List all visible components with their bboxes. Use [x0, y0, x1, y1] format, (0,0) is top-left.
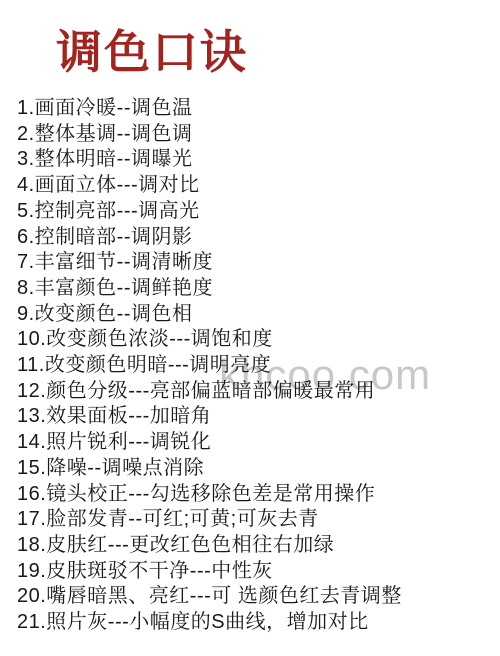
list-item: 14.照片锐利---调锐化: [17, 430, 402, 456]
list-item: 11.改变颜色明暗---调明亮度: [17, 353, 402, 379]
list-item: 2.整体基调--调色调: [17, 122, 402, 148]
list-item: 12.颜色分级---亮部偏蓝暗部偏暖最常用: [17, 379, 402, 405]
list-item: 9.改变颜色--调色相: [17, 302, 402, 328]
tips-list: 1.画面冷暖--调色温 2.整体基调--调色调 3.整体明暗--调曝光 4.画面…: [17, 96, 402, 636]
list-item: 16.镜头校正---勾选移除色差是常用操作: [17, 482, 402, 508]
list-item: 3.整体明暗--调曝光: [17, 147, 402, 173]
list-item: 10.改变颜色浓淡---调饱和度: [17, 327, 402, 353]
list-item: 1.画面冷暖--调色温: [17, 96, 402, 122]
list-item: 4.画面立体---调对比: [17, 173, 402, 199]
list-item: 20.嘴唇暗黑、亮红---可 选颜色红去青调整: [17, 584, 402, 610]
list-item: 7.丰富细节--调清晰度: [17, 250, 402, 276]
list-item: 5.控制亮部---调高光: [17, 199, 402, 225]
list-item: 13.效果面板---加暗角: [17, 404, 402, 430]
list-item: 21.照片灰---小幅度的S曲线，增加对比: [17, 610, 402, 636]
color-grading-tips-page: khcoo.com 调色口诀 1.画面冷暖--调色温 2.整体基调--调色调 3…: [0, 0, 500, 656]
list-item: 18.皮肤红---更改红色色相往右加绿: [17, 533, 402, 559]
list-item: 15.降噪--调噪点消除: [17, 456, 402, 482]
list-item: 6.控制暗部--调阴影: [17, 225, 402, 251]
page-title: 调色口诀: [56, 26, 248, 78]
list-item: 8.丰富颜色--调鲜艳度: [17, 276, 402, 302]
list-item: 17.脸部发青--可红;可黄;可灰去青: [17, 507, 402, 533]
list-item: 19.皮肤斑驳不干净---中性灰: [17, 559, 402, 585]
